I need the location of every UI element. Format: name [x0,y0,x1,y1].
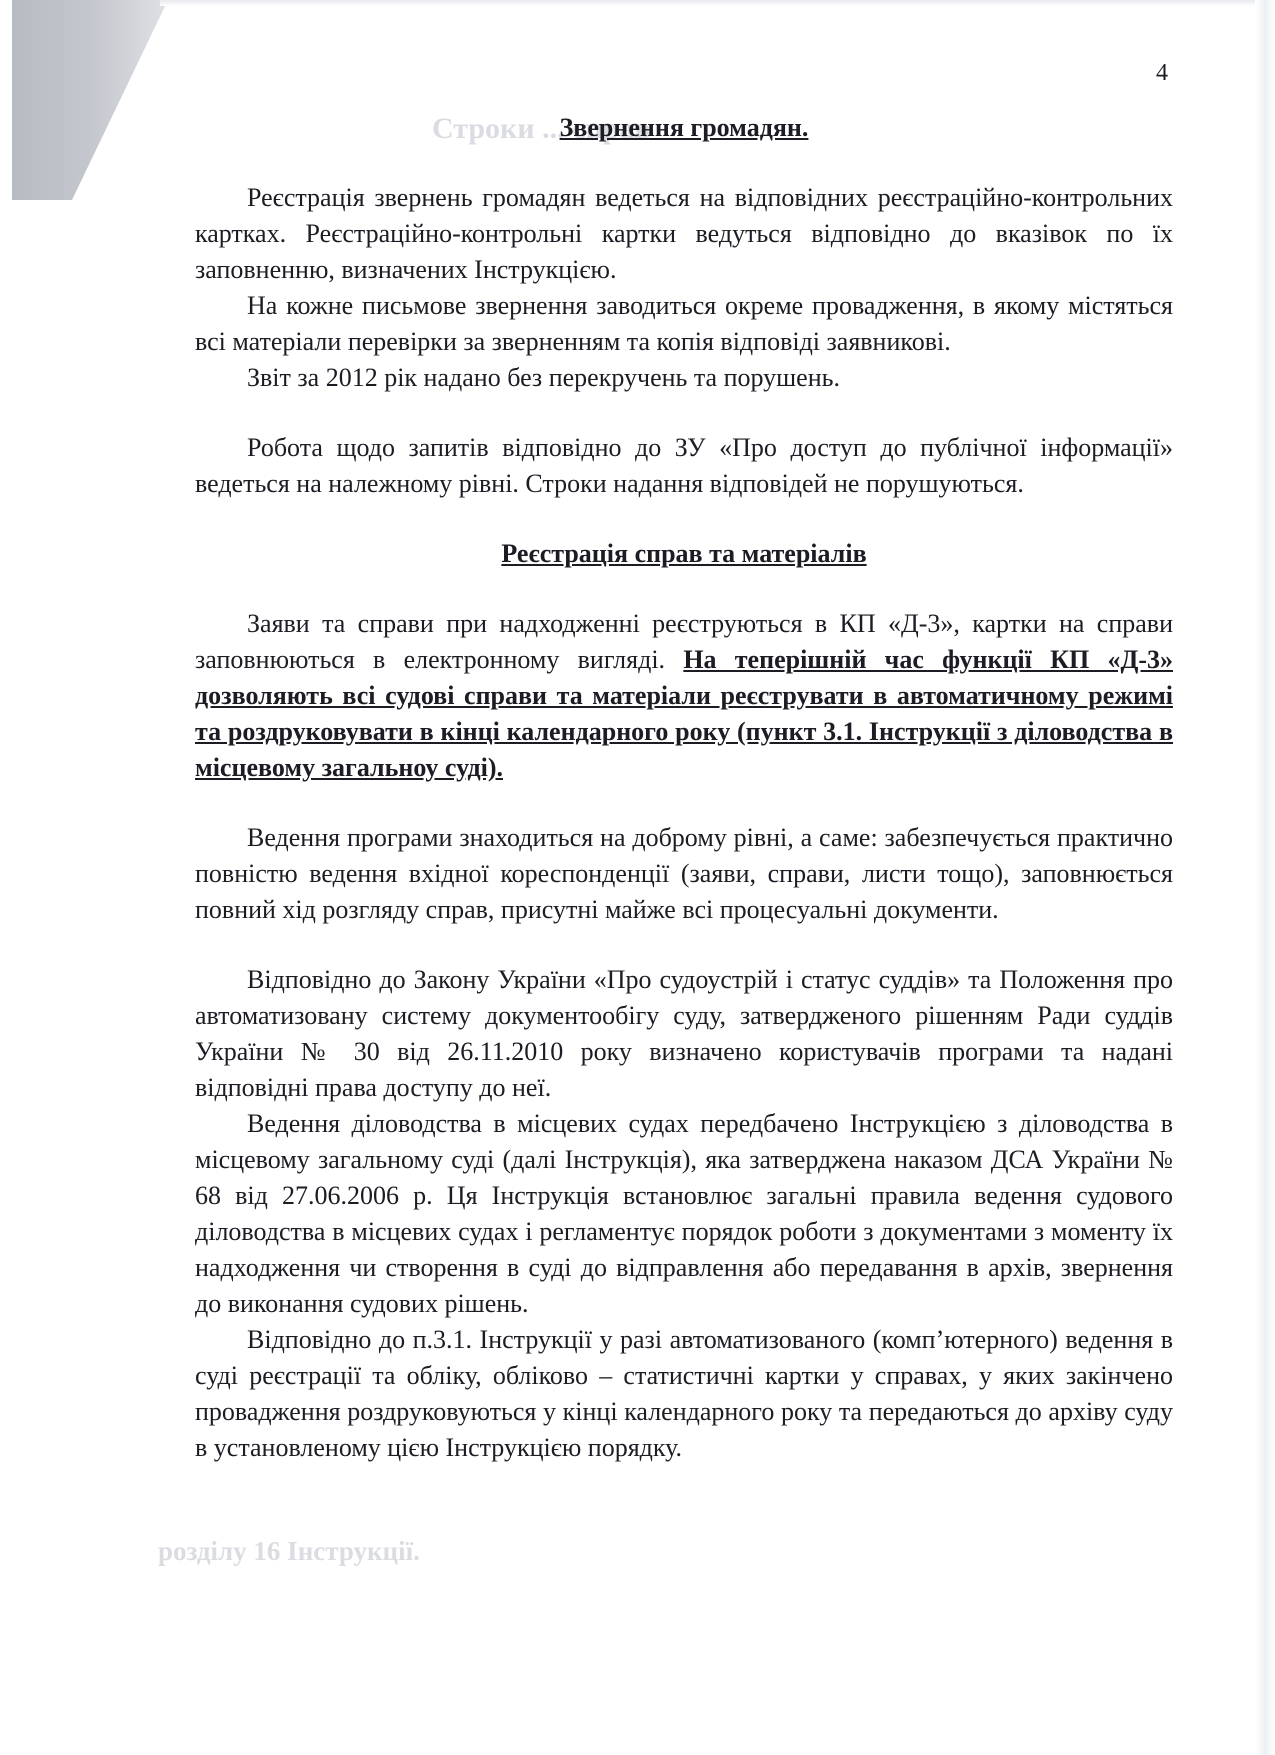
paragraph: Відповідно до Закону України «Про судоус… [195,962,1173,1106]
paragraph: Відповідно до п.3.1. Інструкції у разі а… [195,1322,1173,1466]
scan-page-fold [0,0,175,200]
paragraph: Ведення діловодства в місцевих судах пер… [195,1106,1173,1322]
section-heading-case-registration: Реєстрація справ та матеріалів [195,536,1173,572]
scan-top-edge [160,0,1260,6]
scan-right-edge [1255,0,1275,1755]
paragraph: Робота щодо запитів відповідно до ЗУ «Пр… [195,430,1173,502]
paragraph-with-emphasis: Заяви та справи при надходженні реєструю… [195,606,1173,786]
paragraph: Реєстрація звернень громадян ведеться на… [195,180,1173,288]
paragraph: На кожне письмове звернення заводиться о… [195,288,1173,360]
section-heading-citizen-appeals: Звернення громадян. [195,110,1173,146]
paragraph: Звіт за 2012 рік надано без перекручень … [195,360,1173,396]
document-body: Звернення громадян. Реєстрація звернень … [195,110,1173,1466]
bleed-through-line: розділу 16 Інструкції. [158,1536,420,1567]
page-number: 4 [1156,60,1168,87]
paragraph: Ведення програми знаходиться на доброму … [195,820,1173,928]
